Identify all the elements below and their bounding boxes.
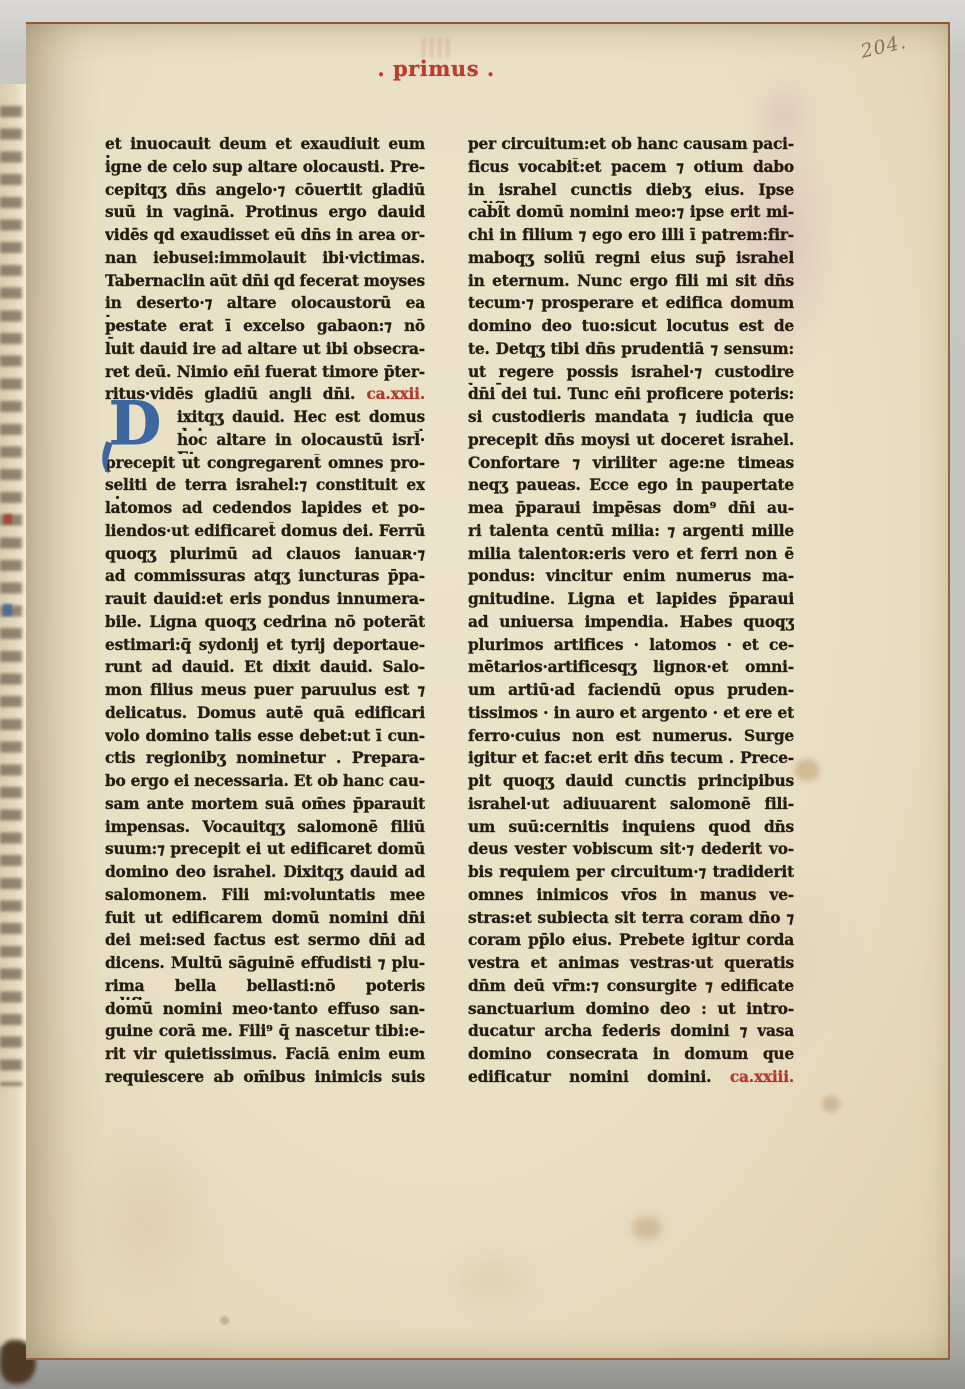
text-line-ink: pit quoqʒ dauid cunctis principibus [468, 772, 794, 790]
text-line: chi in filium ⁊ ego ero illi ī patrem:fi… [468, 226, 794, 249]
text-line-ink: requiescere ab om̄ibus inimicis suis [105, 1068, 425, 1086]
chapter-rubric: ca.xxii. [355, 385, 425, 403]
text-column-left: D et inuocauit deum et exaudiuit eum ini… [105, 135, 425, 1093]
text-line-ink: ret deū. Nimio en̄i fuerat timore p̄ter- [105, 363, 425, 381]
facing-page-edge [0, 84, 27, 1346]
text-line-ink: impensas. Vocauitqʒ salomonē filiū [105, 818, 425, 836]
text-line: pondus: vincitur enim numerus ma- [468, 567, 794, 590]
text-line: mon filius meus puer paruulus est ⁊ [105, 681, 425, 704]
text-line: mētarios·artificesqʒ lignoʀ·et omni- [468, 658, 794, 681]
running-title: . primus . [336, 56, 536, 81]
text-line: neqʒ paueas. Ecce ego in paupertate [468, 476, 794, 499]
text-line-ink: ixitqʒ dauid. Hec est domus dei et [177, 408, 425, 431]
chapter-rubric: ca.xxiii. [711, 1068, 794, 1086]
text-line-ink: dn̄i dei tui. Tunc en̄i proficere poteri… [468, 385, 794, 403]
text-line: requiescere ab om̄ibus inimicis suis [105, 1068, 425, 1091]
text-line-ink: mētarios·artificesqʒ lignoʀ·et omni- [468, 658, 794, 676]
text-line: plurimos artifices · latomos · et ce- [468, 636, 794, 659]
text-line-ink: igitur et fac:et erit dn̄s tecum . Prece… [468, 749, 794, 767]
text-line: vestra et animas vestras·ut queratis [468, 954, 794, 977]
text-line-ink: ducatur archa federis domini ⁊ vasa [468, 1022, 794, 1040]
text-line-ink: domino deo tuo:sicut locutus est de [468, 317, 794, 335]
text-line: fuit ut edificarem domū nomini dn̄i [105, 909, 425, 932]
text-line-ink: in deserto·⁊ altare olocaustorū ea tem- [105, 294, 425, 317]
text-line-ink: si custodieris mandata ⁊ iudicia que [468, 408, 794, 426]
text-line: dei mei:sed factus est sermo dn̄i ad me [105, 931, 425, 954]
stain [84, 1134, 214, 1304]
text-line-ink: vidēs qd exaudisset eū dn̄s in area or- [105, 226, 425, 244]
text-line: per circuitum:et ob hanc causam paci- [468, 135, 794, 158]
manuscript-page: . primus . 204. D et inuocauit deum et e… [26, 22, 950, 1360]
text-line: impensas. Vocauitqʒ salomonē filiū [105, 818, 425, 841]
text-line-ink: sam ante mortem suā om̄es p̄parauit [105, 795, 425, 813]
text-line-ink: liendos·ut edificaret̄ domus dei. Ferrū [105, 522, 425, 540]
text-line-ink: Tabernaclin aūt dn̄i qd fecerat moyses [105, 272, 425, 290]
text-line-ink: tecum·⁊ prosperare et edifica domum [468, 294, 794, 312]
text-line: et inuocauit deum et exaudiuit eum in [105, 135, 425, 158]
text-line-ink: bis requiem per circuitum·⁊ tradiderit [468, 863, 794, 881]
text-line-ink: et inuocauit deum et exaudiuit eum in [105, 135, 425, 158]
text-line: pit quoqʒ dauid cunctis principibus [468, 772, 794, 795]
text-line: ri talenta centū milia: ⁊ argenti mille [468, 522, 794, 545]
text-line: ducatur archa federis domini ⁊ vasa [468, 1022, 794, 1045]
text-line-ink: pestate erat ī excelso gabaon:⁊ nō p̄ua- [105, 317, 425, 340]
text-line-ink: pondus: vincitur enim numerus ma- [468, 567, 794, 585]
text-line: um suū:cernitis inquiens quod dn̄s [468, 818, 794, 841]
text-line-ink: ctis regionibʒ nominetur . Prepara- [105, 749, 425, 767]
text-line: latomos ad cedendos lapides et po- [105, 499, 425, 522]
text-line-ink: runt ad dauid. Et dixit dauid. Salo- [105, 658, 425, 676]
text-line-ink: israhel·ut adiuuarent salomonē fili- [468, 795, 794, 813]
text-line-ink: cabit domū nomini meo:⁊ ipse erit mi- [468, 203, 794, 221]
text-line-ink: sanctuarium domino deo : ut intro- [468, 1000, 794, 1018]
text-line-ink: suum:⁊ precepit ei ut edificaret domū [105, 840, 425, 858]
text-line-ink: bile. Ligna quoqʒ cedrina nō poterāt [105, 613, 425, 631]
text-line-ink: guine corā me. Fili⁹ q̄ nascetur tibi:e- [105, 1022, 425, 1040]
text-line: stras:et subiecta sit terra coram dn̄o ⁊ [468, 909, 794, 932]
text-line-ink: plurimos artifices · latomos · et ce- [468, 636, 794, 654]
text-line: ferro·cuius non est numerus. Surge [468, 727, 794, 750]
text-line: ut regere possis israhel·⁊ custodire leg… [468, 363, 794, 386]
text-line: estimari:q̄ sydonij et tyrij deportaue- [105, 636, 425, 659]
text-line: domū nomini meo·tanto effuso san- [105, 1000, 425, 1023]
text-line-ink: um suū:cernitis inquiens quod dn̄s [468, 818, 794, 836]
text-line-ink: salomonem. Fili mi:voluntatis mee [105, 886, 425, 904]
text-line: dn̄m deū vr̄m:⁊ consurgite ⁊ edificate [468, 977, 794, 1000]
text-line-ink: stras:et subiecta sit terra coram dn̄o ⁊ [468, 909, 794, 927]
text-line-ink: tissimos · in auro et argento · et ere e… [468, 704, 794, 722]
text-line: pestate erat ī excelso gabaon:⁊ nō p̄ua- [105, 317, 425, 340]
text-line-ink: omnes inimicos vr̄os in manus ve- [468, 886, 794, 904]
text-line: cepitqʒ dn̄s angelo·⁊ cōuertit gladiū [105, 181, 425, 204]
text-line: tecum·⁊ prosperare et edifica domum [468, 294, 794, 317]
text-line-ink: dei mei:sed factus est sermo dn̄i ad me [105, 931, 425, 954]
text-line: ad uniuersa impendia. Habes quoqʒ [468, 613, 794, 636]
text-line-ink: hoc altare in olocaustū isrl̄· Et [177, 431, 425, 454]
facing-page-text-fragments [0, 106, 22, 1086]
text-line-ink: rauit dauid:et eris pondus innumera- [105, 590, 425, 608]
text-line-ink: volo domino talis esse debet:ut ī cun- [105, 727, 425, 745]
text-line: te. Detqʒ tibi dn̄s prudentiā ⁊ sensum: [468, 340, 794, 363]
text-line: domino consecrata in domum que [468, 1045, 794, 1068]
text-line-ink: luit dauid ire ad altare ut ibi obsecra- [105, 340, 425, 358]
text-line: liendos·ut edificaret̄ domus dei. Ferrū [105, 522, 425, 545]
stain [632, 1216, 662, 1240]
text-line-ink: mon filius meus puer paruulus est ⁊ [105, 681, 425, 699]
text-line: milia talentoʀ:eris vero et ferri non ē [468, 545, 794, 568]
text-line: ret deū. Nimio en̄i fuerat timore p̄ter- [105, 363, 425, 386]
folio-number: 204. [859, 23, 942, 62]
text-line: vidēs qd exaudisset eū dn̄s in area or- [105, 226, 425, 249]
text-line-ink: latomos ad cedendos lapides et po- [105, 499, 425, 517]
text-line-ink: ad uniuersa impendia. Habes quoqʒ [468, 613, 794, 631]
text-line: sanctuarium domino deo : ut intro- [468, 1000, 794, 1023]
show-through-ghost [422, 38, 452, 58]
text-line-ink: mea p̄paraui impēsas dom⁹ dn̄i au- [468, 499, 794, 517]
text-line-ink: rima bella bellasti:nō poteris edificare [105, 977, 425, 1000]
text-line-ink: domū nomini meo·tanto effuso san- [105, 1000, 425, 1018]
text-line: cabit domū nomini meo:⁊ ipse erit mi- [468, 203, 794, 226]
text-line-ink: gnitudine. Ligna et lapides p̄paraui [468, 590, 794, 608]
text-column-right: per circuitum:et ob hanc causam paci-fic… [468, 135, 794, 1093]
text-line-ink: suū in vaginā. Protinus ergo dauid [105, 203, 425, 221]
text-line: dicens. Multū sāguinē effudisti ⁊ plu- [105, 954, 425, 977]
text-line: seliti de terra israhel:⁊ constituit ex … [105, 476, 425, 499]
text-line-ink: per circuitum:et ob hanc causam paci- [468, 135, 794, 153]
text-line-ink: Confortare ⁊ viriliter age:ne timeas [468, 454, 794, 472]
text-line: volo domino talis esse debet:ut ī cun- [105, 727, 425, 750]
text-line: domino deo israhel. Dixitqʒ dauid ad [105, 863, 425, 886]
text-line: rit vir quietissimus. Faciā enim eum [105, 1045, 425, 1068]
text-line: delicatus. Domus autē quā edificari [105, 704, 425, 727]
text-line-ink: quoqʒ plurimū ad clauos ianuaʀ·⁊ [105, 545, 425, 563]
text-line: deus vester vobiscum sit·⁊ dederit vo- [468, 840, 794, 863]
text-line-ink: precepit dn̄s moysi ut doceret israhel. [468, 431, 794, 449]
text-line-ink: nan iebusei:immolauit ibi·victimas. [105, 249, 425, 267]
facing-page-blue-fragment [3, 604, 12, 616]
text-line-ink: um artiū·ad faciendū opus pruden- [468, 681, 794, 699]
text-line: sam ante mortem suā om̄es p̄parauit [105, 795, 425, 818]
text-line-ink: igne de celo sup altare olocausti. Pre- [105, 158, 425, 176]
text-line: guine corā me. Fili⁹ q̄ nascetur tibi:e- [105, 1022, 425, 1045]
text-line-ink: ferro·cuius non est numerus. Surge [468, 727, 794, 745]
text-line: luit dauid ire ad altare ut ibi obsecra- [105, 340, 425, 363]
text-line: tissimos · in auro et argento · et ere e… [468, 704, 794, 727]
stain [822, 1096, 840, 1112]
text-line: in deserto·⁊ altare olocaustorū ea tem- [105, 294, 425, 317]
text-line-ink: vestra et animas vestras·ut queratis [468, 954, 794, 972]
text-line-ink: milia talentoʀ:eris vero et ferri non ē [468, 545, 794, 563]
text-line-ink: cepitqʒ dn̄s angelo·⁊ cōuertit gladiū [105, 181, 425, 199]
text-line-ink: in israhel cunctis diebʒ eius. Ipse edif… [468, 181, 794, 204]
text-line-ink: fuit ut edificarem domū nomini dn̄i [105, 909, 425, 927]
text-line-ink: seliti de terra israhel:⁊ constituit ex … [105, 476, 425, 499]
text-line-ink: neqʒ paueas. Ecce ego in paupertate [468, 476, 794, 494]
text-line-ink: rit vir quietissimus. Faciā enim eum [105, 1045, 425, 1063]
text-line: rima bella bellasti:nō poteris edificare [105, 977, 425, 1000]
text-line-ink: edificatur nomini domini. [468, 1068, 711, 1086]
text-line: in israhel cunctis diebʒ eius. Ipse edif… [468, 181, 794, 204]
text-line: maboqʒ soliū regni eius sup̄ israhel [468, 249, 794, 272]
text-line: igne de celo sup altare olocausti. Pre- [105, 158, 425, 181]
text-line: Tabernaclin aūt dn̄i qd fecerat moyses [105, 272, 425, 295]
text-line: mea p̄paraui impēsas dom⁹ dn̄i au- [468, 499, 794, 522]
text-line-ink: coram pp̄lo eius. Prebete igitur corda [468, 931, 794, 949]
text-line: ctis regionibʒ nominetur . Prepara- [105, 749, 425, 772]
text-line: ficus vocabit̄:et pacem ⁊ otium dabo [468, 158, 794, 181]
text-line: bis requiem per circuitum·⁊ tradiderit [468, 863, 794, 886]
text-line-ink: in eternum. Nunc ergo fili mi sit dn̄s [468, 272, 794, 290]
text-line-ink: ut regere possis israhel·⁊ custodire leg… [468, 363, 794, 386]
text-line: quoqʒ plurimū ad clauos ianuaʀ·⁊ [105, 545, 425, 568]
text-line-ink: te. Detqʒ tibi dn̄s prudentiā ⁊ sensum: [468, 340, 794, 358]
text-line: dn̄i dei tui. Tunc en̄i proficere poteri… [468, 385, 794, 408]
text-line: suū in vaginā. Protinus ergo dauid [105, 203, 425, 226]
text-line: rauit dauid:et eris pondus innumera- [105, 590, 425, 613]
text-line-ink: dicens. Multū sāguinē effudisti ⁊ plu- [105, 954, 425, 972]
text-line-ink: deus vester vobiscum sit·⁊ dederit vo- [468, 840, 794, 858]
text-line: ad commissuras atqʒ iuncturas p̄pa- [105, 567, 425, 590]
text-line: precepit dn̄s moysi ut doceret israhel. [468, 431, 794, 454]
text-line: in eternum. Nunc ergo fili mi sit dn̄s [468, 272, 794, 295]
text-line: suum:⁊ precepit ei ut edificaret domū [105, 840, 425, 863]
text-line-ink: ri talenta centū milia: ⁊ argenti mille [468, 522, 794, 540]
text-line: Confortare ⁊ viriliter age:ne timeas [468, 454, 794, 477]
text-line: nan iebusei:immolauit ibi·victimas. [105, 249, 425, 272]
stain [794, 759, 820, 781]
text-line-ink: domino deo israhel. Dixitqʒ dauid ad [105, 863, 425, 881]
facing-page-red-fragment [4, 514, 12, 524]
text-line: coram pp̄lo eius. Prebete igitur corda [468, 931, 794, 954]
text-line-ink: delicatus. Domus autē quā edificari [105, 704, 425, 722]
text-line: igitur et fac:et erit dn̄s tecum . Prece… [468, 749, 794, 772]
text-line: israhel·ut adiuuarent salomonē fili- [468, 795, 794, 818]
text-line-ink: estimari:q̄ sydonij et tyrij deportaue- [105, 636, 425, 654]
text-line-ink: bo ergo ei necessaria. Et ob hanc cau- [105, 772, 425, 790]
text-line: runt ad dauid. Et dixit dauid. Salo- [105, 658, 425, 681]
text-line-ink: chi in filium ⁊ ego ero illi ī patrem:fi… [468, 226, 794, 244]
text-line: bile. Ligna quoqʒ cedrina nō poterāt [105, 613, 425, 636]
text-line: salomonem. Fili mi:voluntatis mee [105, 886, 425, 909]
text-line: omnes inimicos vr̄os in manus ve- [468, 886, 794, 909]
text-line-ink: domino consecrata in domum que [468, 1045, 794, 1063]
text-line: si custodieris mandata ⁊ iudicia que [468, 408, 794, 431]
text-line: um artiū·ad faciendū opus pruden- [468, 681, 794, 704]
text-line-ink: dn̄m deū vr̄m:⁊ consurgite ⁊ edificate [468, 977, 794, 995]
text-line-ink: maboqʒ soliū regni eius sup̄ israhel [468, 249, 794, 267]
text-line: bo ergo ei necessaria. Et ob hanc cau- [105, 772, 425, 795]
stain [444, 1250, 540, 1312]
text-line: gnitudine. Ligna et lapides p̄paraui [468, 590, 794, 613]
text-line-ink: ficus vocabit̄:et pacem ⁊ otium dabo [468, 158, 794, 176]
text-line-ink: ad commissuras atqʒ iuncturas p̄pa- [105, 567, 425, 585]
stain [220, 1316, 229, 1325]
text-line: domino deo tuo:sicut locutus est de [468, 317, 794, 340]
text-line: edificatur nomini domini. ca.xxiii. [468, 1068, 794, 1091]
